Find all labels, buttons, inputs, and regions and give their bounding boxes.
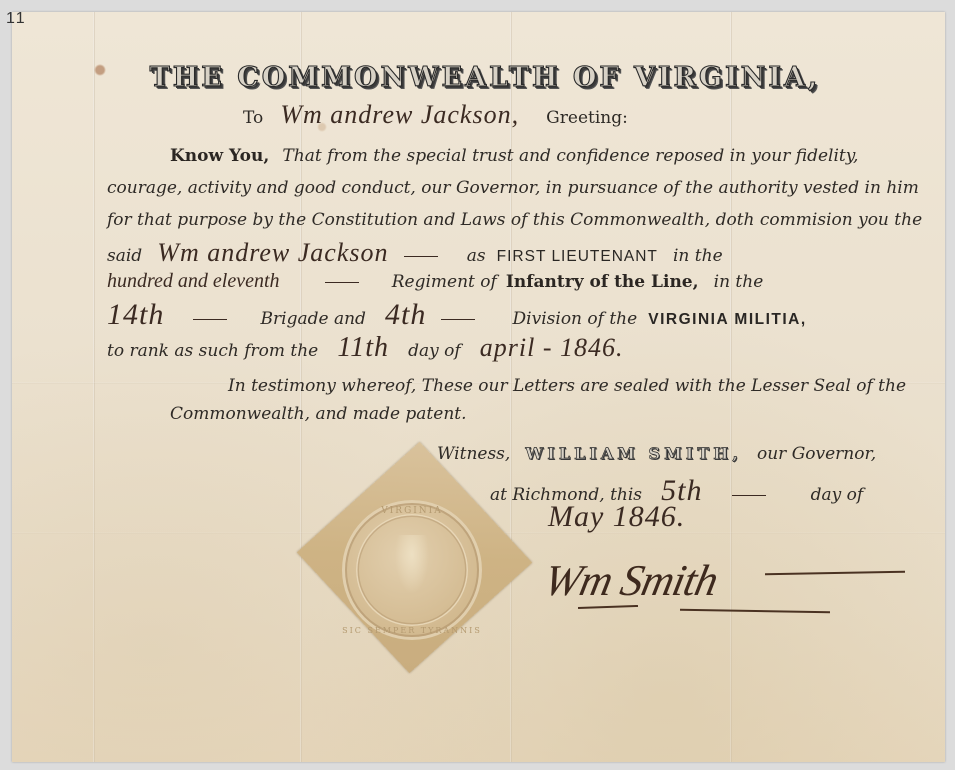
body-line-3: for that purpose by the Constitution and… [107, 210, 922, 230]
testimony-line-2: Commonwealth, and made patent. [170, 404, 467, 424]
fill-dash [325, 282, 359, 284]
document-title: THE COMMONWEALTH OF VIRGINIA, [135, 62, 835, 93]
embossed-seal: VIRGINIA SIC SEMPER TYRANNIS [342, 500, 482, 640]
lesser-seal: VIRGINIA SIC SEMPER TYRANNIS [312, 455, 517, 685]
seal-bottom-text: SIC SEMPER TYRANNIS [342, 626, 482, 635]
fill-dash [193, 319, 227, 321]
commissioned-name: Wm andrew Jackson [157, 238, 388, 267]
commission-day: 11th [337, 332, 389, 363]
salutation-to: To [243, 108, 263, 128]
virtus-figure-icon [392, 535, 432, 600]
brigade-number: 14th [107, 298, 164, 331]
body-text: Regiment of [392, 272, 497, 292]
body-text: said [107, 246, 142, 266]
body-text: in the [673, 246, 723, 266]
commission-month-year: april - 1846. [480, 333, 624, 362]
body-line-5: hundred and eleventh Regiment of Infantr… [107, 270, 763, 293]
body-line-7: to rank as such from the 11th day of apr… [107, 332, 624, 364]
division-number: 4th [385, 298, 426, 331]
body-line-1: Know You, That from the special trust an… [170, 146, 858, 166]
witness-date-line: May 1846. [548, 500, 685, 534]
body-text: Division of the [513, 309, 638, 329]
body-text: in the [714, 272, 764, 292]
regiment-number: hundred and eleventh [107, 270, 280, 292]
militia: VIRGINIA MILITIA, [648, 311, 806, 328]
testimony-line-1: In testimony whereof, These our Letters … [228, 376, 906, 396]
fill-dash [441, 319, 475, 321]
body-text: as [467, 246, 486, 266]
body-line-2: courage, activity and good conduct, our … [107, 178, 919, 198]
body-text: to rank as such from the [107, 341, 318, 361]
fold-line [93, 12, 95, 762]
branch: Infantry of the Line, [506, 272, 699, 292]
salutation: To Wm andrew Jackson, Greeting: [243, 100, 628, 130]
governor-name: WILLIAM SMITH, [525, 444, 741, 463]
body-line-4: said Wm andrew Jackson as FIRST LIEUTENA… [107, 238, 723, 268]
testimony-text: In testimony whereof, These our Letters … [228, 376, 906, 396]
greeting: Greeting: [546, 108, 628, 128]
body-text: Brigade and [261, 309, 366, 329]
seal-top-text: VIRGINIA [342, 506, 482, 516]
body-text: day of [408, 341, 461, 361]
recipient-name: Wm andrew Jackson, [280, 100, 519, 129]
body-line-6: 14th Brigade and 4th Division of the VIR… [107, 298, 807, 332]
rank: FIRST LIEUTENANT [497, 248, 658, 265]
margin-note: 11 [6, 10, 27, 28]
know-you: Know You, [170, 146, 269, 166]
body-text: day of [811, 485, 864, 505]
witness-month-year: May 1846. [548, 500, 685, 533]
body-text: our Governor, [757, 444, 876, 464]
fill-dash [404, 256, 438, 258]
body-text: That from the special trust and confiden… [282, 146, 858, 166]
governor-signature: Wm Smith [540, 555, 722, 606]
fill-dash [732, 495, 766, 497]
